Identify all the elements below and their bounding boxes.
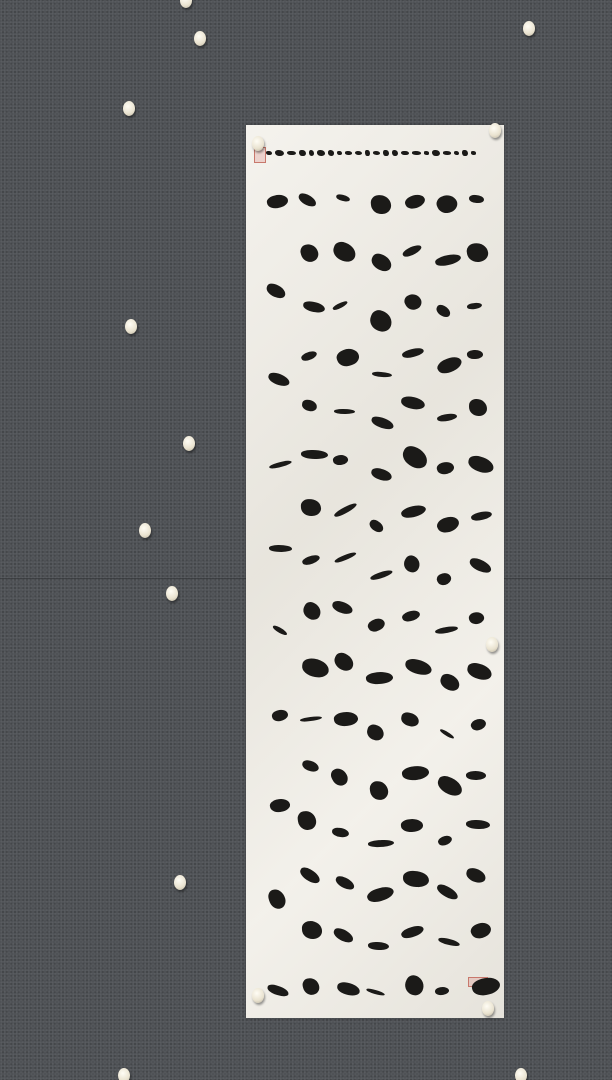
ink-stroke — [334, 550, 357, 564]
ink-stroke — [401, 764, 430, 782]
ink-stroke — [439, 728, 455, 740]
ink-stroke — [332, 299, 349, 311]
ink-stroke — [471, 151, 476, 154]
ink-stroke — [467, 454, 496, 475]
push-pin — [194, 31, 206, 46]
ink-stroke — [443, 151, 451, 154]
ink-stroke — [467, 610, 485, 626]
ink-stroke — [300, 600, 323, 623]
ink-stroke — [432, 150, 440, 156]
ink-stroke — [331, 926, 355, 944]
ink-stroke — [435, 353, 464, 377]
ink-stroke — [297, 191, 318, 208]
ink-stroke — [369, 780, 389, 800]
push-pin — [252, 988, 264, 1003]
ink-stroke — [331, 599, 354, 615]
ink-stroke — [392, 150, 398, 156]
ink-stroke — [400, 503, 427, 521]
ink-stroke — [370, 194, 392, 215]
ink-stroke — [337, 981, 362, 997]
ink-stroke — [372, 371, 392, 377]
push-pin — [482, 1001, 494, 1016]
push-pin — [174, 875, 186, 890]
ink-stroke — [370, 568, 394, 582]
ink-stroke — [465, 867, 488, 885]
ink-stroke — [270, 708, 288, 724]
ink-stroke — [466, 661, 494, 682]
ink-stroke — [403, 871, 429, 888]
ink-stroke — [337, 151, 342, 156]
ink-stroke — [265, 192, 289, 210]
ink-stroke — [402, 291, 423, 312]
ink-stroke — [466, 349, 482, 360]
ink-stroke — [299, 242, 321, 264]
ink-stroke — [401, 608, 421, 623]
ink-stroke — [366, 988, 385, 997]
push-pin — [486, 637, 498, 652]
ink-stroke — [435, 882, 460, 901]
ink-stroke — [401, 973, 426, 998]
ink-stroke — [328, 150, 334, 156]
ink-stroke — [366, 724, 386, 742]
ink-stroke — [301, 450, 328, 459]
ink-stroke — [266, 983, 289, 998]
ink-stroke — [355, 151, 362, 155]
push-pin — [166, 586, 178, 601]
ink-stroke — [373, 151, 381, 155]
ink-stroke — [436, 833, 453, 847]
ink-stroke — [469, 717, 488, 734]
ink-stroke — [466, 770, 486, 780]
ink-stroke — [269, 797, 291, 814]
ink-stroke — [301, 920, 322, 939]
ink-stroke — [435, 303, 453, 318]
calligraphy-column — [434, 195, 463, 995]
ink-stroke — [368, 839, 394, 848]
ink-stroke — [466, 302, 482, 311]
ink-stroke — [468, 919, 493, 941]
ink-stroke — [468, 556, 493, 575]
ink-stroke — [434, 986, 449, 996]
ink-stroke — [383, 150, 389, 157]
ink-stroke — [367, 518, 385, 534]
ink-stroke — [370, 467, 393, 483]
ink-stroke — [365, 150, 370, 157]
push-pin — [118, 1068, 130, 1080]
ink-stroke — [300, 349, 318, 363]
ink-stroke — [400, 712, 420, 729]
push-pin — [125, 319, 137, 334]
ink-stroke — [267, 371, 291, 388]
push-pin — [183, 436, 195, 451]
push-pin — [180, 0, 192, 8]
ink-stroke — [438, 672, 462, 693]
ink-stroke — [366, 616, 387, 635]
calligraphy-column — [400, 195, 432, 995]
ink-stroke — [265, 282, 288, 301]
ink-stroke — [334, 408, 355, 413]
ink-stroke — [470, 975, 501, 999]
ink-stroke — [368, 252, 393, 275]
ink-stroke — [434, 192, 460, 217]
ink-stroke — [368, 942, 389, 950]
ink-stroke — [297, 865, 322, 886]
ink-stroke — [335, 346, 361, 370]
ink-stroke — [401, 151, 409, 156]
ink-stroke — [269, 459, 293, 470]
ink-stroke — [317, 150, 324, 155]
ink-stroke — [334, 875, 356, 892]
ink-stroke — [470, 509, 492, 522]
ink-stroke — [436, 412, 457, 422]
calligraphy-column — [332, 195, 361, 995]
push-pin — [489, 123, 501, 138]
ink-stroke — [300, 498, 321, 517]
ink-stroke — [332, 651, 357, 674]
ink-stroke — [365, 884, 394, 905]
ink-stroke — [402, 243, 423, 259]
ink-stroke — [462, 150, 468, 157]
ink-stroke — [301, 759, 320, 773]
ink-stroke — [399, 443, 431, 472]
ink-stroke — [333, 710, 359, 728]
ink-stroke — [333, 454, 350, 467]
ink-stroke — [399, 923, 424, 941]
ink-stroke — [300, 715, 322, 723]
ink-stroke — [438, 936, 461, 947]
push-pin — [515, 1068, 527, 1080]
ink-stroke — [345, 151, 352, 154]
ink-stroke — [269, 545, 292, 552]
ink-stroke — [469, 195, 484, 204]
ink-stroke — [309, 150, 315, 156]
ink-stroke — [401, 346, 424, 360]
ink-stroke — [266, 151, 272, 156]
ink-stroke — [301, 657, 330, 679]
ink-stroke — [370, 415, 395, 432]
ink-stroke — [275, 150, 284, 156]
ink-stroke — [302, 300, 326, 314]
ink-stroke — [404, 191, 428, 211]
ink-stroke — [301, 398, 317, 411]
calligraphy-column — [266, 195, 293, 995]
ink-stroke — [466, 820, 490, 829]
ink-stroke — [366, 671, 395, 686]
ink-stroke — [333, 501, 358, 519]
calligraphy-scroll — [246, 125, 504, 1018]
ink-stroke — [332, 827, 349, 838]
ink-stroke — [401, 553, 422, 574]
ink-stroke — [400, 818, 423, 833]
push-pin — [123, 101, 135, 116]
push-pin — [523, 21, 535, 36]
ink-stroke — [287, 151, 296, 156]
ink-stroke — [299, 150, 306, 156]
ink-stroke — [367, 308, 394, 334]
inscription-line — [266, 149, 476, 157]
push-pin — [252, 136, 264, 151]
ink-stroke — [266, 887, 287, 911]
ink-stroke — [329, 766, 350, 789]
ink-stroke — [297, 810, 317, 832]
ink-stroke — [271, 625, 288, 637]
ink-stroke — [435, 513, 461, 535]
calligraphy-column — [298, 195, 329, 995]
ink-stroke — [436, 460, 456, 477]
ink-stroke — [424, 151, 429, 154]
ink-stroke — [331, 240, 359, 265]
ink-stroke — [404, 657, 433, 676]
ink-stroke — [401, 395, 427, 410]
calligraphy-column — [466, 195, 499, 995]
ink-stroke — [435, 571, 453, 588]
ink-stroke — [412, 151, 421, 154]
ink-stroke — [302, 553, 321, 567]
calligraphy-column — [366, 195, 394, 995]
ink-stroke — [465, 242, 489, 264]
ink-stroke — [435, 252, 463, 268]
push-pin — [139, 523, 151, 538]
ink-stroke — [302, 977, 321, 997]
ink-stroke — [434, 625, 457, 635]
ink-stroke — [435, 773, 465, 798]
ink-stroke — [454, 151, 459, 155]
ink-stroke — [336, 194, 351, 203]
ink-stroke — [469, 399, 488, 416]
